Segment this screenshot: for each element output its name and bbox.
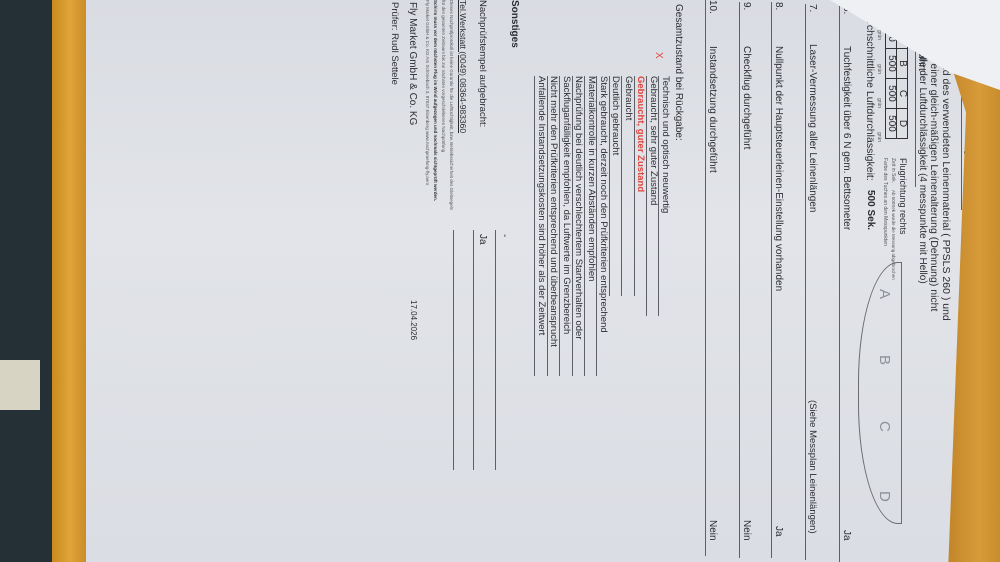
- section-9-number: 9.: [741, 2, 752, 10]
- condition-option: Anfallende Instandsetzungskosten sind hö…: [536, 76, 546, 335]
- section-8-rule: [771, 2, 772, 558]
- company-name: Fly Market GmbH & Co. KG: [407, 2, 418, 125]
- condition-option-rule: [547, 76, 548, 376]
- condition-option-rule: [559, 76, 560, 376]
- average-porosity-value: 500 Sek.: [865, 190, 876, 230]
- porosity-header-d: D: [897, 109, 908, 139]
- diagram-point-b: B: [876, 355, 893, 365]
- condition-option: Stark gebraucht, derzeit noch den Prüfkr…: [598, 76, 608, 333]
- glider-diagram: A B C D: [858, 262, 902, 524]
- flight-direction-label: Flugrichtung rechts: [898, 158, 908, 235]
- section-6-rule: [839, 6, 840, 562]
- section-10-rule: [705, 0, 706, 556]
- section-7-title: Laser-Vermessung aller Leinenlängen: [807, 44, 818, 212]
- condition-option-rule: [584, 76, 585, 376]
- section-7-result: (Siehe Messplan Leinenlängen): [807, 400, 818, 534]
- color-label: Farbe des Tuches an den Messpunkten: [882, 158, 888, 246]
- diagram-point-a: A: [876, 289, 893, 299]
- porosity-value-c: 500: [886, 79, 897, 109]
- workshop-phone: Tel.Werkstatt (0049) 08364-983360: [458, 0, 468, 133]
- section-10-result: Nein: [707, 520, 718, 541]
- wooden-frame-left: [52, 0, 88, 562]
- disclaimer-line-2: für den gesamten Zeitraum bis zur nächst…: [441, 0, 446, 152]
- disclaimer-line-1: Dieses Nachprüfprotokoll ist keine Garan…: [449, 0, 454, 210]
- misc-rule-2: [473, 230, 474, 470]
- porosity-header-b: B: [897, 49, 908, 79]
- background-cloth: [0, 360, 40, 410]
- inspector-name: Prüfer: Rudl Settele: [389, 2, 400, 85]
- section-9-title: Checkflug durchgeführt: [741, 46, 752, 149]
- porosity-color-c: grün: [876, 98, 882, 108]
- stamp-value: Ja: [477, 234, 488, 245]
- condition-option: Deutlich gebraucht: [610, 76, 620, 155]
- section-9-rule: [739, 2, 740, 558]
- condition-option: Materialkontrolle in kurzen Abständen em…: [586, 76, 596, 281]
- condition-option-rule: [572, 76, 573, 376]
- section-6-result: Ja: [841, 530, 852, 541]
- condition-option: Sackfluganfälligkeit empfohlen, da Luftw…: [561, 76, 571, 334]
- section-7-rule: [805, 4, 806, 560]
- disclaimer-line-3: Schirm muss vor dem nächsten Flug im Win…: [433, 0, 438, 201]
- section-8-title: Nullpunkt der Hauptsteuerleinen-Einstell…: [773, 46, 784, 291]
- overall-condition-title: Gesamtzustand bei Rückgabe:: [673, 4, 684, 141]
- average-porosity-label: Durchschnittliche Luftdurchlässigkeit:: [864, 8, 876, 181]
- condition-option: Nachprüfung bei deutlich verschlechterte…: [573, 76, 583, 340]
- misc-rule-1: [495, 230, 496, 470]
- condition-option-rule: [659, 76, 660, 316]
- porosity-header-c: C: [897, 79, 908, 109]
- selection-mark: X: [653, 52, 664, 59]
- background-dark: [0, 0, 60, 562]
- condition-option: Nicht mehr den Prüfkriterien entsprechen…: [548, 76, 558, 347]
- inspection-protocol: 4. Kontrolle der Leinenfestigkeit, Bruch…: [86, 0, 966, 562]
- porosity-value-d: 500: [886, 109, 897, 139]
- porosity-color-d: grün: [876, 132, 882, 142]
- condition-option: Gebraucht: [623, 76, 633, 120]
- overall-condition-list: Technisch und optisch neuwertigGebraucht…: [530, 76, 670, 376]
- misc-value: -: [499, 234, 510, 237]
- misc-label: Sonstiges: [509, 0, 520, 48]
- section-5-title: Kontrolle der Luftdurchlässigkeit (4 mes…: [917, 28, 928, 284]
- stamp-rule: [453, 230, 454, 470]
- diagram-point-c: C: [876, 421, 893, 432]
- disclaimer-line-4: Fly Market GmbH & Co. KG Am Schönebach 3…: [425, 0, 430, 185]
- paper-sheet: 4. Kontrolle der Leinenfestigkeit, Bruch…: [86, 0, 966, 562]
- condition-option: Gebraucht, sehr guter Zustand: [648, 76, 658, 205]
- condition-option-rule: [634, 76, 635, 296]
- section-8-result: Ja: [773, 526, 784, 537]
- condition-option-rule: [535, 76, 536, 376]
- porosity-color-a: grün: [876, 30, 882, 40]
- diagram-point-d: D: [876, 491, 893, 502]
- porosity-value-b: 500: [886, 49, 897, 79]
- section-9-result: Nein: [741, 520, 752, 541]
- section-8-number: 8.: [773, 2, 784, 10]
- condition-option-rule: [621, 76, 622, 296]
- condition-option-rule: [609, 76, 610, 296]
- condition-option-rule: [646, 76, 647, 316]
- stamp-label: Nachprüfstempel aufgebracht:: [477, 0, 488, 127]
- section-7-number: 7.: [807, 4, 818, 12]
- condition-option: Gebraucht, guter Zustand: [635, 76, 645, 192]
- porosity-color-b: grün: [876, 64, 882, 74]
- condition-option: Technisch und optisch neuwertig: [660, 76, 670, 213]
- protocol-date: 17.04.2026: [409, 300, 418, 340]
- section-6-title: Tuchfestigkeit über 6 N gem. Bettsometer: [841, 46, 852, 230]
- section-10-number: 10.: [707, 0, 718, 14]
- section-10-title: Instandsetzung durchgeführt: [707, 46, 718, 173]
- time-label: Zeit in Sek.: [890, 158, 896, 183]
- condition-option-rule: [597, 76, 598, 376]
